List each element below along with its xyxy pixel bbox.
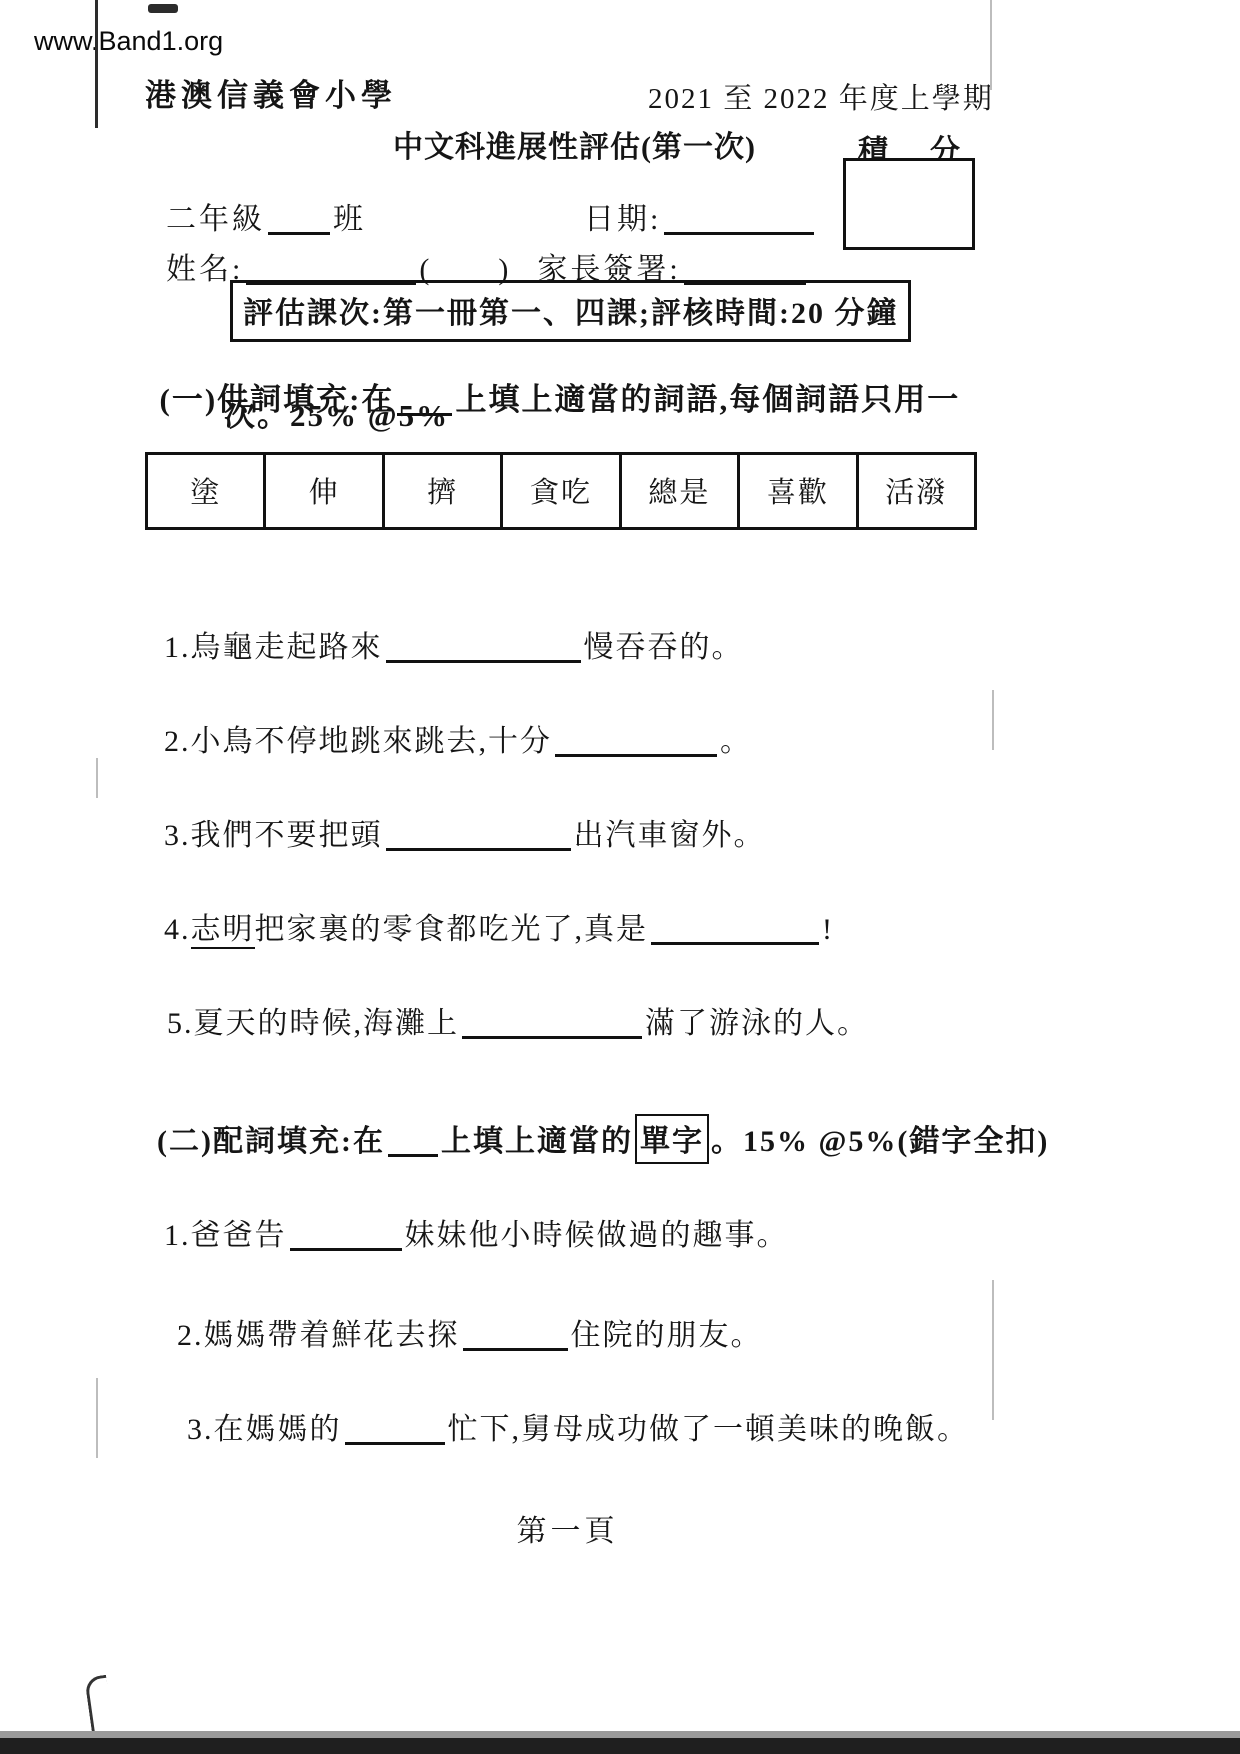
sentence-number: 3.	[164, 819, 191, 852]
section2-heading-blank	[388, 1154, 438, 1158]
word-bank-cell: 喜歡	[740, 455, 858, 527]
sentence-q1: 1.爸爸告妹妹他小時候做過的趣事。	[145, 1176, 789, 1254]
sentence-number: 3.	[187, 1413, 214, 1446]
sentence-text: 烏龜走起路來	[191, 631, 383, 664]
sentence-q3: 3.在媽媽的忙下,舅母成功做了一頓美味的晚飯。	[168, 1370, 969, 1448]
sentence-q5: 5.夏天的時候,海灘上滿了游泳的人。	[148, 964, 869, 1042]
sentence-number: 2.	[177, 1319, 204, 1352]
scan-artifact	[992, 1280, 994, 1420]
sentence-number: 2.	[164, 725, 191, 758]
word-bank-cell: 伸	[266, 455, 384, 527]
word-bank-cell: 塗	[148, 455, 266, 527]
sentence-text: 出汽車窗外。	[574, 819, 766, 852]
sentence-text: 滿了游泳的人。	[645, 1007, 869, 1040]
word-bank-cell: 活潑	[859, 455, 974, 527]
sentence-q4: 4.志明把家裏的零食都吃光了,真是!	[145, 870, 834, 948]
sentence-text: 妹妹他小時候做過的趣事。	[405, 1219, 789, 1252]
scanned-worksheet-page: { "watermark": "www.Band1.org", "header"…	[0, 0, 1240, 1754]
sentence-q3: 3.我們不要把頭出汽車窗外。	[145, 776, 766, 854]
scan-artifact	[95, 0, 98, 128]
fill-blank-line	[463, 1348, 568, 1351]
scan-edge-band	[0, 1738, 1240, 1754]
sentence-q1: 1.烏龜走起路來慢吞吞的。	[145, 588, 744, 666]
sentence-text: 小鳥不停地跳來跳去,十分	[191, 725, 553, 758]
sentence-number: 1.	[164, 631, 191, 664]
sentence-text: 在媽媽的	[214, 1413, 342, 1446]
sentence-text: !	[822, 913, 834, 946]
page-number: 第一頁	[0, 1506, 1135, 1550]
sentence-number: 4.	[164, 913, 191, 946]
sentence-text: 爸爸告	[191, 1219, 287, 1252]
scan-edge-band	[0, 1731, 1240, 1738]
sentence-text: 我們不要把頭	[191, 819, 383, 852]
sentence-q2: 2.媽媽帶着鮮花去探住院的朋友。	[158, 1276, 763, 1354]
sentence-number: 1.	[164, 1219, 191, 1252]
sentence-text: 。	[720, 725, 752, 758]
section2-heading-suffix: 。15% @5%(錯字全扣)	[711, 1125, 1049, 1158]
section1-heading-suffix: 上填上適當的詞語,每個詞語只用一	[455, 382, 960, 417]
scan-artifact	[148, 4, 178, 13]
school-year-term: 2021 至 2022 年度上學期	[648, 76, 994, 117]
fill-blank-line	[345, 1442, 445, 1445]
score-box	[843, 158, 975, 250]
assessment-info-text: 評估課次:第一冊第一、四課;評核時間:20 分鐘	[230, 280, 911, 342]
fill-blank-line	[386, 848, 571, 851]
fill-blank-line	[290, 1248, 402, 1251]
scan-artifact	[990, 0, 992, 90]
section2-heading: (二)配詞填充:在上填上適當的單字。15% @5%(錯字全扣)	[138, 1080, 1049, 1164]
scan-artifact-hook	[84, 1675, 114, 1734]
sentence-text: 慢吞吞的。	[584, 631, 744, 664]
fill-blank-line	[462, 1036, 642, 1039]
watermark-url: www.Band1.org	[34, 26, 223, 57]
section1-heading-line2: 次。25% @5%	[224, 390, 449, 435]
word-bank-cell: 總是	[622, 455, 740, 527]
scan-artifact	[992, 690, 994, 750]
scan-artifact	[96, 758, 98, 798]
sentence-text: 夏天的時候,海灘上	[194, 1007, 460, 1040]
sentence-number: 5.	[167, 1007, 194, 1040]
word-bank-cell: 擠	[385, 455, 503, 527]
section2-heading-mid: 上填上適當的	[441, 1125, 633, 1158]
boxed-key-word: 單字	[635, 1114, 709, 1164]
word-bank-table: 塗 伸 擠 貪吃 總是 喜歡 活潑	[145, 452, 977, 530]
fill-blank-line	[555, 754, 717, 757]
sentence-text: 住院的朋友。	[571, 1319, 763, 1352]
assessment-info-box: 評估課次:第一冊第一、四課;評核時間:20 分鐘	[222, 262, 911, 342]
section2-heading-prefix: (二)配詞填充:在	[157, 1125, 385, 1158]
underlined-person-name: 志明	[191, 913, 255, 949]
fill-blank-line	[651, 942, 819, 945]
scan-artifact	[96, 1378, 98, 1458]
sentence-text: 把家裏的零食都吃光了,真是	[255, 913, 649, 946]
sentence-text: 忙下,舅母成功做了一頓美味的晚飯。	[448, 1413, 970, 1446]
sentence-text: 媽媽帶着鮮花去探	[204, 1319, 460, 1352]
sentence-q2: 2.小鳥不停地跳來跳去,十分。	[145, 682, 752, 760]
fill-blank-line	[386, 660, 581, 663]
word-bank-cell: 貪吃	[503, 455, 621, 527]
school-name: 港澳信義會小學	[145, 70, 397, 115]
